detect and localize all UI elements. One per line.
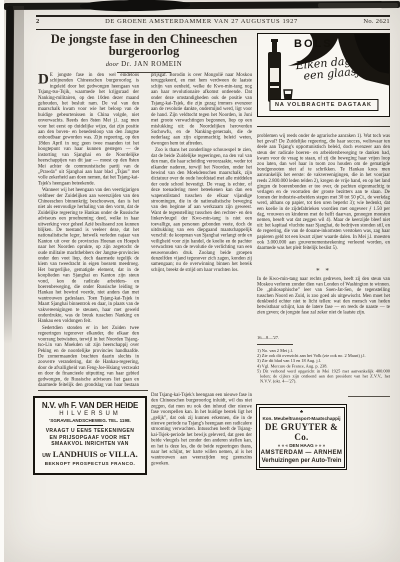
company-city: « « « DEN HAAG » » » <box>260 443 344 448</box>
footnotes-block: 1) No. van 2 Mei j.l.2) Zie ook dit over… <box>257 348 390 400</box>
page-number: 2 <box>36 18 40 25</box>
ad-word-landhuis: LANDHUIS <box>53 449 98 459</box>
article-paragraph: Wanneer wij het heengaan van den veertig… <box>38 187 139 324</box>
article-body-columns: DE jongste fase in den wel eindeloos sch… <box>38 72 252 390</box>
paragraph-text: E jongste fase in den wel eindeloos schi… <box>38 72 139 186</box>
right-column-rule <box>257 126 390 127</box>
ad-copy-line: SMAAKVOL INRICHTEN VAN <box>35 441 145 448</box>
ad-word-villa: VILLA. <box>109 449 138 459</box>
ad-copy-emphasis: UW LANDHUIS OF VILLA. <box>35 449 145 459</box>
masthead-title: DE GROENE AMSTERDAMMER VAN 27 AUGUSTUS 1… <box>105 18 298 25</box>
advertiser-address: 'SGRAVELANDSCHEWEG. TEL. 1198. <box>35 418 145 423</box>
advertiser-name: N.V. v/h F. VAN DER HEIDE <box>35 401 145 410</box>
footnote-rule <box>257 344 293 345</box>
vanderheide-advertisement: N.V. v/h F. VAN DER HEIDE HILVERSUM 'SGR… <box>33 396 147 475</box>
article-dateline: 16—8—'27. <box>257 335 390 342</box>
running-header: 2 DE GROENE AMSTERDAMMER VAN 27 AUGUSTUS… <box>36 18 390 25</box>
header-rule-bottom <box>36 29 390 30</box>
right-column-text-2: In de Kwo-min-tang naar rechts gedreven,… <box>257 276 390 334</box>
article-body-continuation: Dat Tsjang-kai-Tsjek's heengaan een nieu… <box>151 392 252 476</box>
ad-copy-line: EN PRIJSOPGAAF VOOR HET <box>35 435 145 442</box>
advertiser-city: HILVERSUM <box>35 411 145 417</box>
article-headline: De jongste fase in den Chineeschen burge… <box>36 34 252 73</box>
ad-divider-rule <box>77 425 103 426</box>
right-column-text-1: problemen wij reeds onder de agrarische … <box>257 133 390 267</box>
drop-cap: D <box>38 72 50 85</box>
article-paragraph: DE jongste fase in den wel eindeloos sch… <box>38 72 139 186</box>
dateline-text: 16—8—'27. <box>257 335 390 340</box>
ad-copy-line: VRAAGT U EENS TEEKENINGEN <box>35 428 145 435</box>
article-paragraph: Zoo is thans het zonderlinge schouwspel … <box>151 147 252 272</box>
bols-brand-text: BOLS <box>294 38 333 50</box>
byline: door Dr. JAN ROMEIN <box>36 60 252 68</box>
byline-author: Dr. JAN ROMEIN <box>121 60 182 68</box>
article-paragraph: Dat Tsjang-kai-Tsjek's heengaan een nieu… <box>151 392 252 466</box>
right-paragraph: problemen wij reeds onder de agrarische … <box>257 133 390 251</box>
ad-word-uw: UW <box>42 453 50 459</box>
company-branches: AMSTERDAM — ARNHEM <box>260 450 344 456</box>
right-paragraph: In de Kwo-min-tang naar rechts gedreven,… <box>257 276 390 315</box>
scan-top-blob-artifact <box>80 0 190 12</box>
bols-advertisement: BOLS Elken dag een glaasje! NA VOLBRACHT… <box>257 33 390 117</box>
scan-top-smear-artifact <box>318 3 398 8</box>
headline-line2: burgeroorlog <box>36 46 252 58</box>
newspaper-page-scan: 2 DE GROENE AMSTERDAMMER VAN 27 AUGUSTUS… <box>0 0 400 562</box>
company-name: DE GRUYTER & Co. <box>260 422 344 442</box>
footnote: 5) Dit verbond werd opgericht in Mei 192… <box>257 368 390 383</box>
column1-end-rule <box>38 390 148 391</box>
degruyter-advertisement: ♣ Kon. Meubeltransport-Maatschappij DE G… <box>256 404 347 470</box>
ad-footer-line: BEKNOPT PROSPECTUS FRANCO. <box>35 461 145 466</box>
scan-left-haze-artifact <box>13 6 24 318</box>
company-type: Kon. Meubeltransport-Maatschappij <box>260 416 344 421</box>
crown-ornament-icon: ♣ <box>260 410 344 415</box>
company-service: Verhuizingen per Auto-Trein <box>260 458 344 464</box>
asterisk-separator: * * <box>257 267 390 275</box>
right-column-end-rule <box>348 396 390 397</box>
bottle-icon <box>268 39 281 102</box>
bols-tagline-box: NA VOLBRACHTE DAGTAAK <box>269 99 378 111</box>
issue-number: No. 2621 <box>363 18 390 25</box>
header-rule-top <box>36 15 390 17</box>
byline-prefix: door <box>106 61 119 68</box>
ad-word-of: OF <box>100 453 107 459</box>
degruyter-ad-inner-border: ♣ Kon. Meubeltransport-Maatschappij DE G… <box>259 407 345 468</box>
